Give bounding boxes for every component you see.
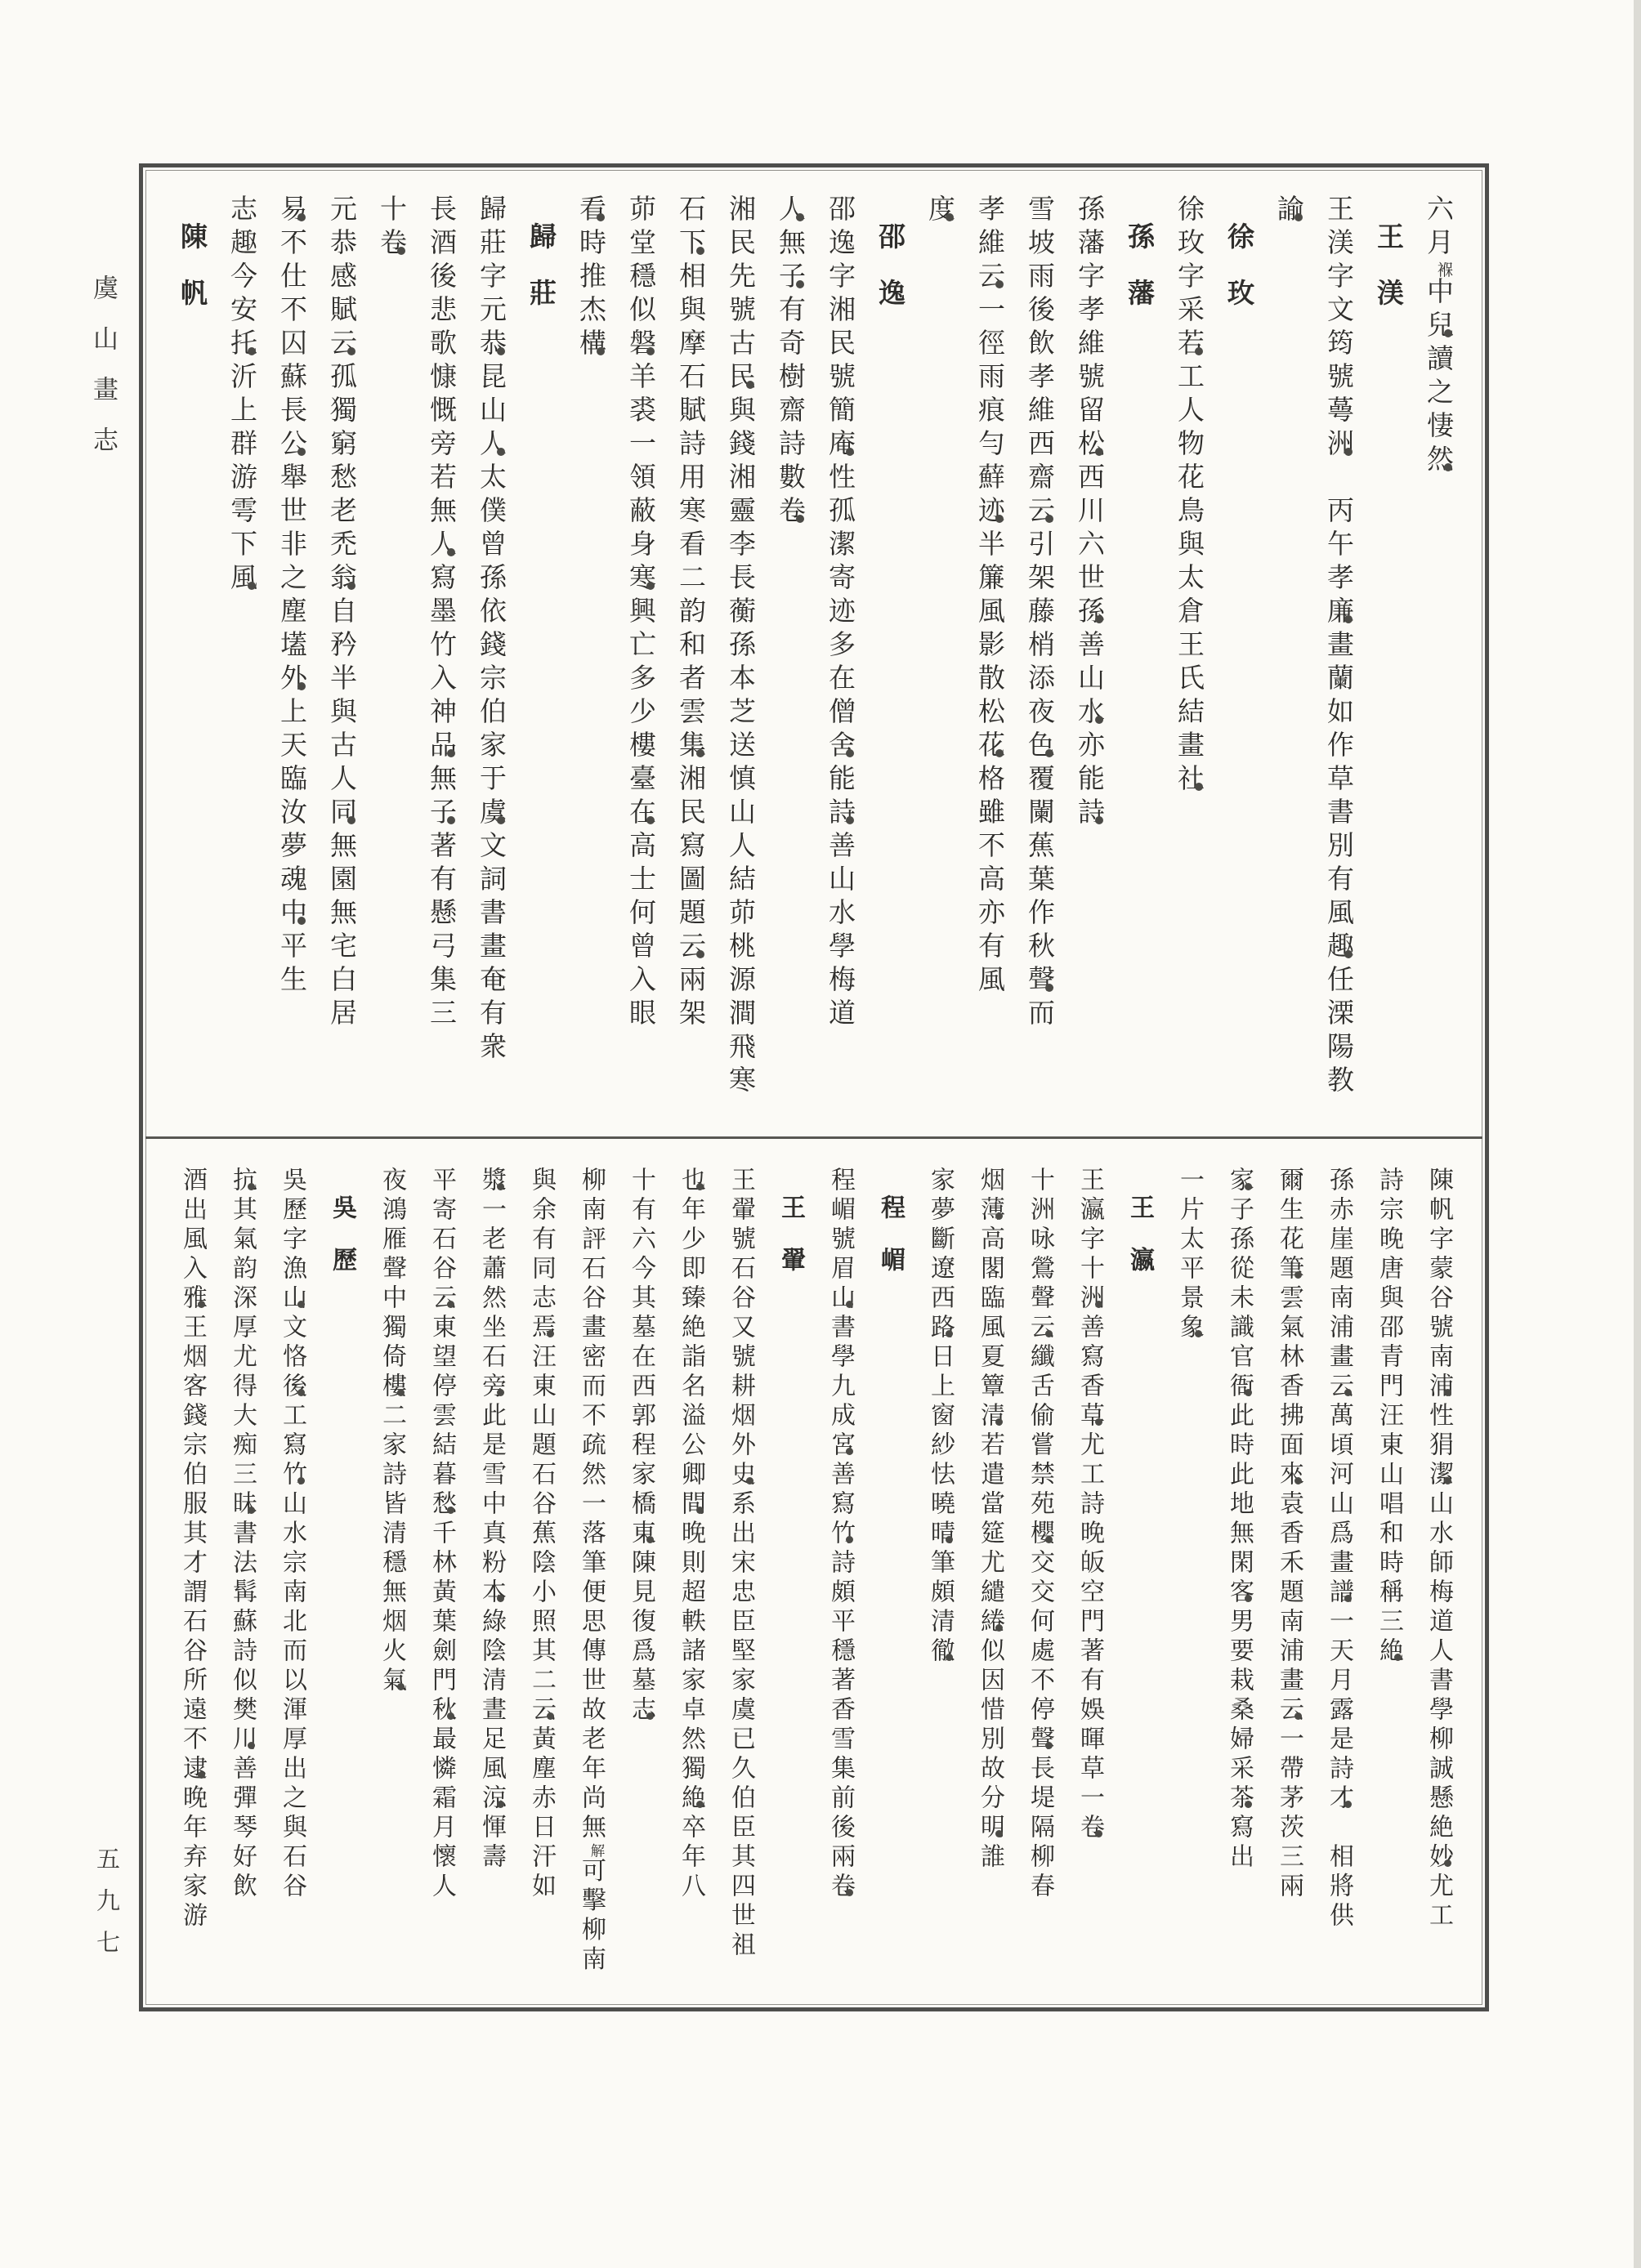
text-column: 夜鴻雁聲中獨倚樓二家詩皆清穩無烟火氣 [366,1167,416,2007]
text-column: 元恭感賦云孤獨窮愁老禿翁自矜半與古人同無園無宅白居 [316,194,366,1134]
text-column: 程嵋號眉山書學九成宮善寫竹詩頗平穩著香雪集前後兩卷 [815,1167,865,2007]
section-heading: 孫藩 [1114,194,1164,1134]
section-heading: 王渼 [1363,194,1413,1134]
page-number: 五九七 [90,1846,123,1971]
page-scan: 虞山畫志 五九七 六月褓中兒讀之悽然王渼王渼字文筠號蕚洲 丙午孝廉畫蘭如作草書別… [0,0,1641,2268]
text-column: 十卷 [366,194,416,1134]
text-column: 爾生花筆雲氣林香拂面來袁香禾題南浦畫云一帶茅茨三兩 [1263,1167,1313,2007]
text-column: 家子孫從未識官衙此時此地無閑客男要栽桑婦采茶寫出 [1214,1167,1263,2007]
text-column: 與余有同志焉汪東山題石谷蕉陰小照其二云黃塵赤日汗如 [516,1167,566,2007]
text-column: 長酒後悲歌慷慨旁若無人寫墨竹入神品無子著有懸弓集三 [416,194,466,1134]
book-title-sidebar: 虞山畫志 [85,275,122,477]
bottom-register: 陳帆字蒙谷號南浦性狷潔山水師梅道人書學柳誠懸絶妙尤工詩宗晚唐與邵青門汪東山唱和時… [159,1167,1463,2007]
text-column: 看時推杰構 [566,194,615,1134]
text-column: 柳南評石谷畫密而不疏然一落筆便思傳世故老年尚無解可擊柳南 [566,1167,615,2007]
text-column: 孝維云一徑雨痕勻蘚迹半簾風影散松花格雖不高亦有風 [964,194,1014,1134]
text-column: 十有六今其墓在西郭程家橋東陳見復爲墓志 [615,1167,665,2007]
text-column: 抗其氣韵深厚尤得大痴三昧書法髯蘇詩似樊川善彈琴好飲 [217,1167,266,2007]
section-heading: 徐玫 [1214,194,1263,1134]
text-column: 吳歷字漁山文恪後工寫竹山水宗南北而以渾厚出之與石谷 [266,1167,316,2007]
section-heading: 陳帆 [167,194,217,1134]
text-column: 一片太平景象 [1164,1167,1214,2007]
text-column: 平寄石谷云東望停雲結暮愁千林黃葉劍門秋最憐霜月懷人 [416,1167,466,2007]
text-column: 石下相與摩石賦詩用寒看二韵和者雲集湘民寫圖題云兩架 [665,194,715,1134]
text-column: 也年少即臻絶詣名溢公卿間晚則超軼諸家卓然獨絶卒年八 [665,1167,715,2007]
section-heading: 歸莊 [516,194,566,1134]
text-column: 王瀛字十洲善寫香草尤工詩晚皈空門著有娛暉草一卷 [1064,1167,1114,2007]
text-column: 度 [914,194,964,1134]
text-column: 孫赤崖題南浦畫云萬頃河山爲畫譜一天月露是詩才 相將供 [1313,1167,1363,2007]
text-column: 陳帆字蒙谷號南浦性狷潔山水師梅道人書學柳誠懸絶妙尤工 [1413,1167,1463,2007]
text-column: 諭 [1263,194,1313,1134]
text-column: 王翬號石谷又號耕烟外史系出宋忠臣堅家虞已久伯臣其四世祖 [715,1167,765,2007]
text-column: 孫藩字孝維號留松西川六世孫善山水亦能詩 [1064,194,1114,1134]
text-column: 志趣今安托沂上群游雩下風 [217,194,266,1134]
scan-edge-shadow [1634,0,1641,2268]
text-column: 漿一老蕭然坐石旁此是雪中真粉本綠陰清晝足風涼惲壽 [466,1167,516,2007]
text-column: 徐玫字采若工人物花鳥與太倉王氏結畫社 [1164,194,1214,1134]
text-column: 六月褓中兒讀之悽然 [1413,194,1463,1134]
section-heading: 程嵋 [865,1167,914,2007]
small-inserted-char: 解 [588,1843,604,1857]
text-column: 人無子有奇樹齋詩數卷 [765,194,815,1134]
text-column: 詩宗晚唐與邵青門汪東山唱和時稱三絶 [1363,1167,1413,2007]
text-column: 十洲咏鶯聲云纖舌偷嘗禁苑櫻交交何處不停聲長堤隔柳春 [1014,1167,1064,2007]
section-heading: 王翬 [765,1167,815,2007]
text-column: 歸莊字元恭昆山人太僕曾孫依錢宗伯家于虞文詞書畫奄有衆 [466,194,516,1134]
section-heading: 邵逸 [865,194,914,1134]
text-column: 王渼字文筠號蕚洲 丙午孝廉畫蘭如作草書別有風趣任溧陽教 [1313,194,1363,1134]
section-heading: 王瀛 [1114,1167,1164,2007]
text-column: 家夢斷遼西路日上窗紗怯曉晴筆頗清徹 [914,1167,964,2007]
text-column: 茆堂穩似磐羊裘一領蔽身寒興亡多少樓臺在高士何曾入眼 [615,194,665,1134]
small-inserted-char: 褓 [1435,261,1452,277]
text-column: 湘民先號古民與錢湘靈李長蘅孫本芝送慎山人結茆桃源澗飛寒 [715,194,765,1134]
text-column: 邵逸字湘民號簡庵性孤潔寄迹多在僧舍能詩善山水學梅道 [815,194,865,1134]
top-register: 六月褓中兒讀之悽然王渼王渼字文筠號蕚洲 丙午孝廉畫蘭如作草書別有風趣任溧陽教諭徐… [159,194,1463,1134]
text-column: 烟薄高閣臨風夏簟清若遣當筵尤繾綣似因惜別故分明誰 [964,1167,1014,2007]
text-column: 易不仕不囚蘇長公舉世非之塵壒外上天臨汝夢魂中平生 [266,194,316,1134]
text-column: 雪坡雨後飲孝維西齋云引架藤梢添夜色覆闌蕉葉作秋聲而 [1014,194,1064,1134]
text-column: 酒出風入雅王烟客錢宗伯服其才謂石谷所遠不逮晚年弃家游 [167,1167,217,2007]
section-heading: 吳歷 [316,1167,366,2007]
register-divider [145,1136,1482,1139]
